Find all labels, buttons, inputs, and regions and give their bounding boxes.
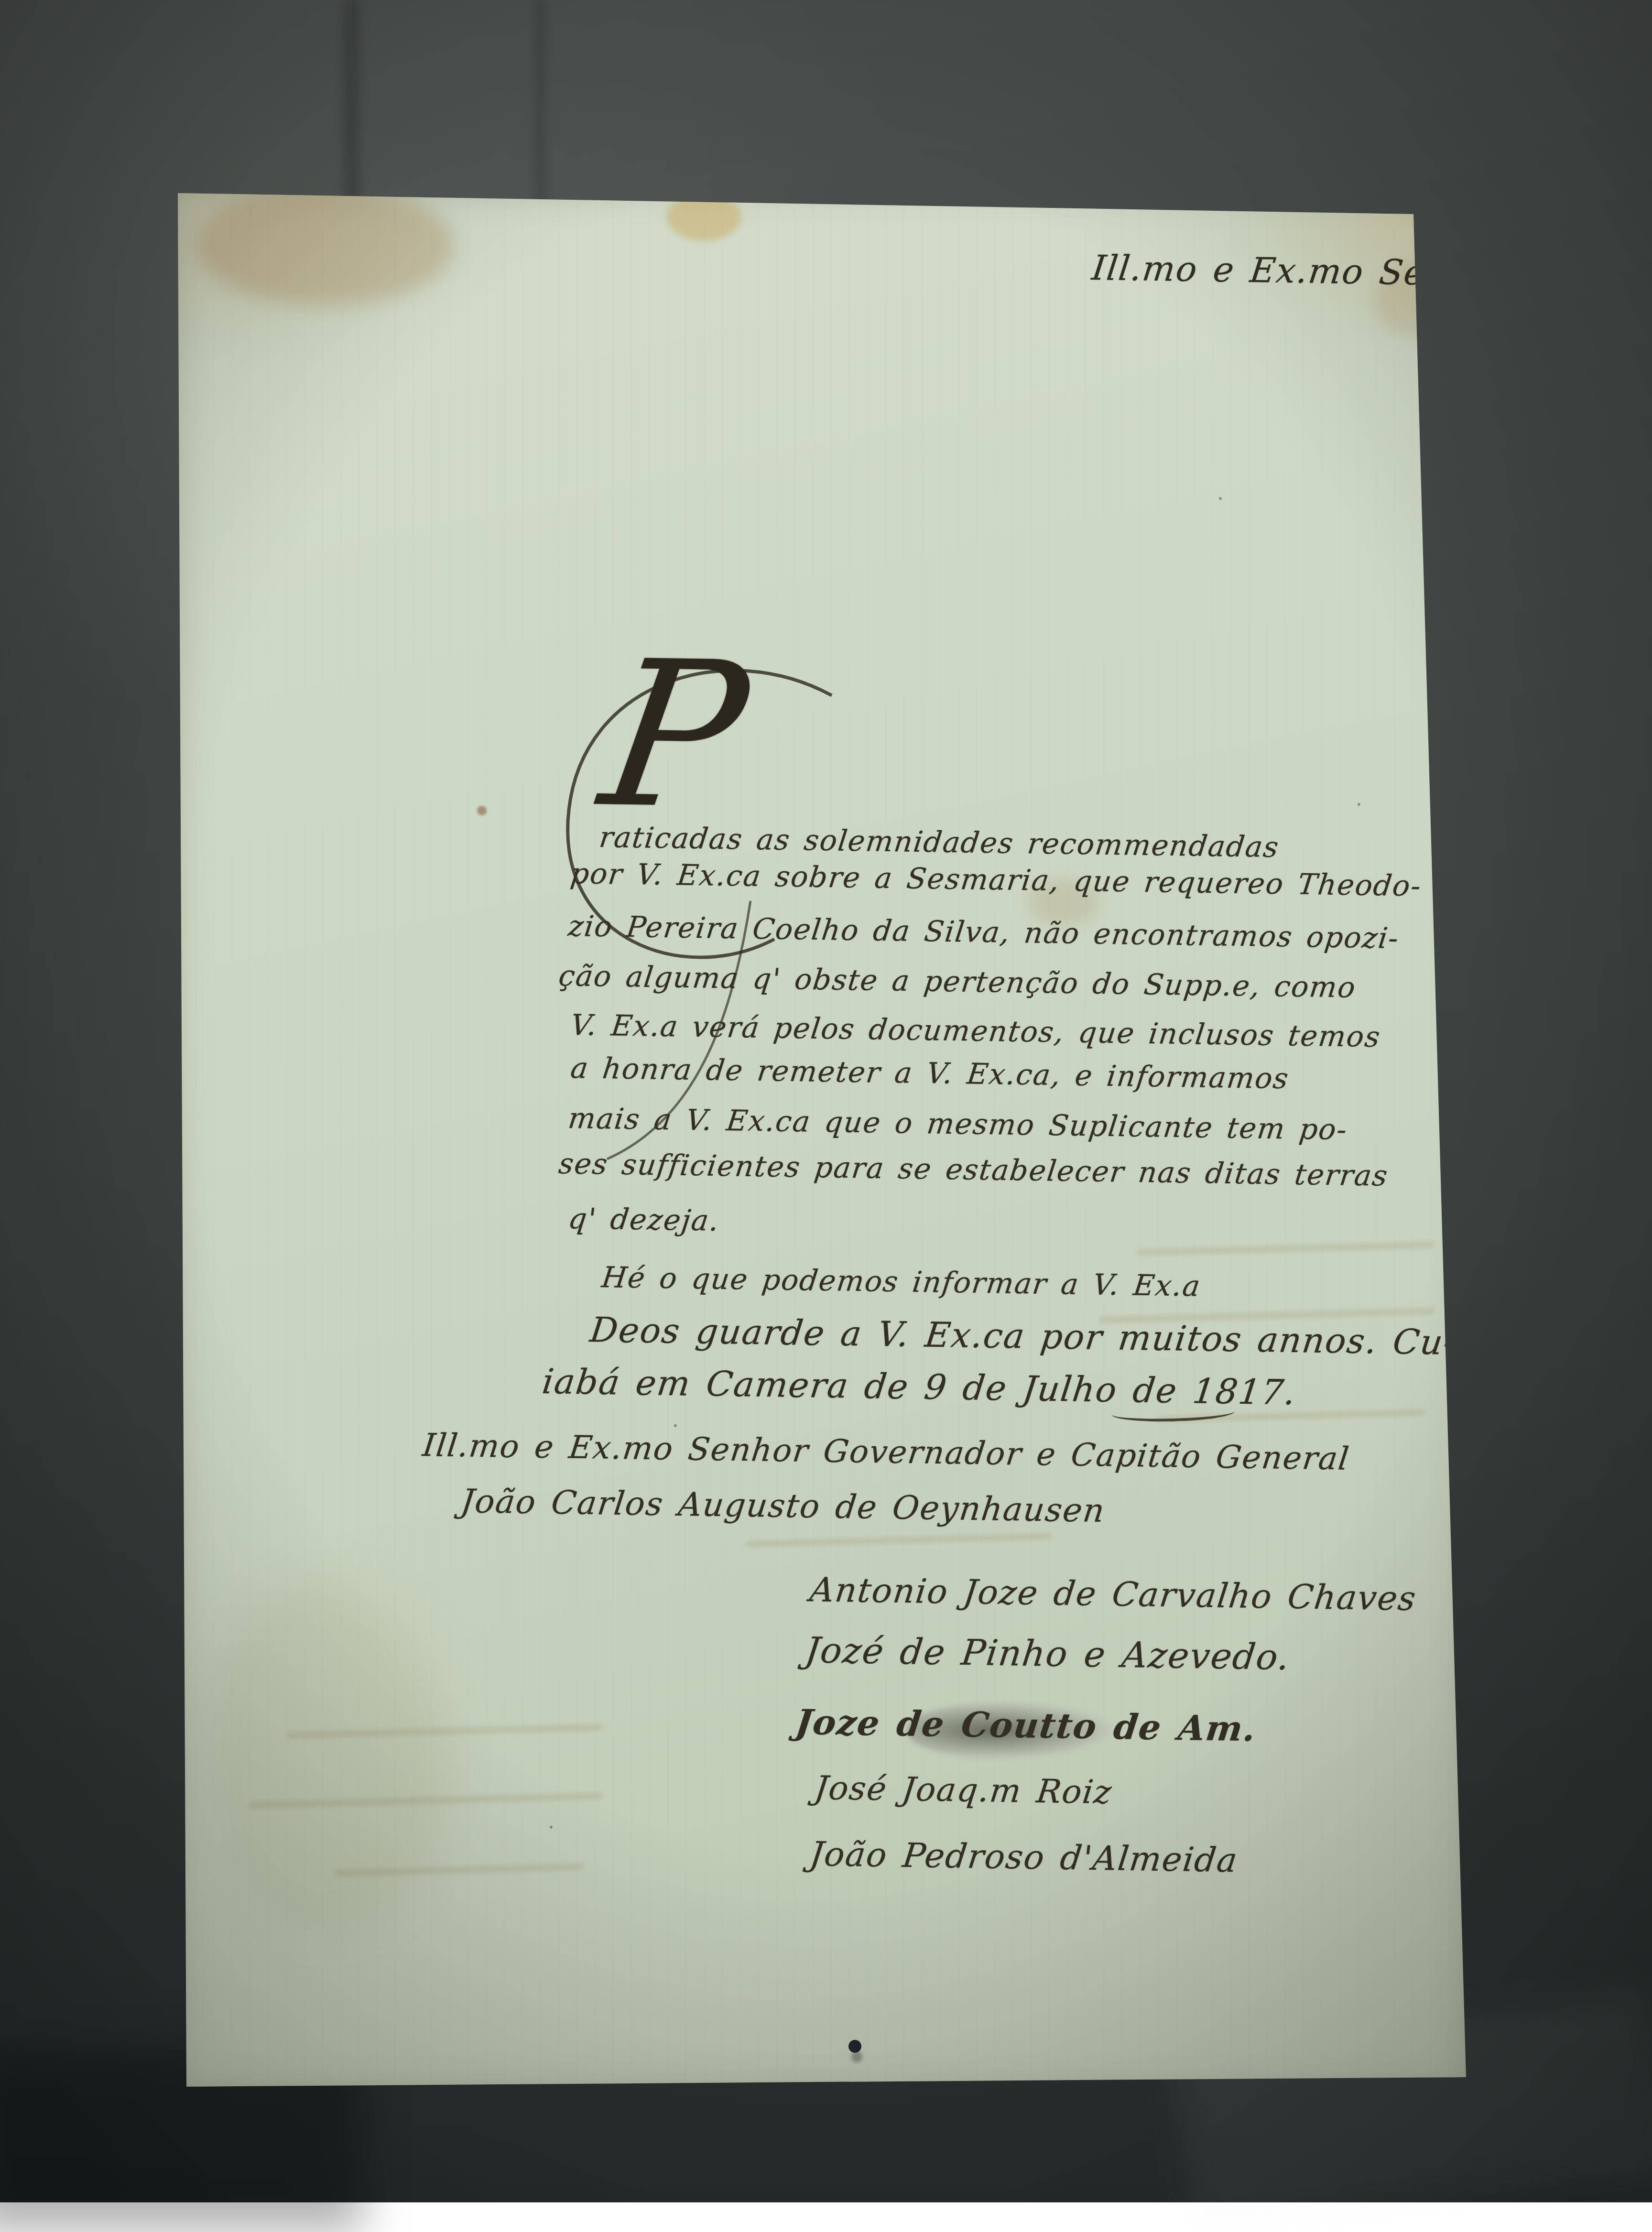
- aging-patch-bottom-left: [203, 1577, 452, 1931]
- ink-blot-dot: [848, 2040, 861, 2053]
- signature: Antonio Joze de Carvalho Chaves: [808, 1570, 1419, 1618]
- show-through-mark: [745, 1533, 1053, 1548]
- signature: Jozé de Pinho e Azevedo.: [803, 1630, 1293, 1678]
- address-line: João Carlos Augusto de Oeynhausen: [459, 1483, 1107, 1530]
- letter-page: Ill.mo e Ex.mo Senhor P raticadas as sol…: [177, 191, 1467, 2090]
- paper-speck: [1219, 497, 1222, 500]
- show-through-mark: [334, 1863, 584, 1877]
- signature: João Pedroso d'Almeida: [808, 1834, 1240, 1880]
- body-line: Deos guarde a V. Ex.ca por muitos annos.…: [588, 1310, 1458, 1363]
- stain-top-left: [196, 186, 454, 306]
- photo-background: Ill.mo e Ex.mo Senhor P raticadas as sol…: [0, 0, 1652, 2202]
- show-through-mark: [248, 1792, 603, 1809]
- body-line: q' dezeja.: [566, 1202, 721, 1238]
- stain-small-dot: [477, 806, 487, 815]
- signature: Joze de Coutto de Am.: [793, 1701, 1259, 1749]
- body-line: Hé o que podemos informar a V. Ex.a: [600, 1261, 1203, 1303]
- cloth-fold-left: [343, 0, 359, 206]
- paper-speck: [1358, 803, 1360, 806]
- show-through-mark: [286, 1723, 603, 1739]
- cloth-fold-right: [534, 0, 546, 206]
- paper-speck: [674, 1424, 677, 1427]
- paper-speck: [550, 1826, 553, 1829]
- address-line: Ill.mo e Ex.mo Senhor Governador e Capit…: [421, 1427, 1352, 1477]
- paper-speck: [894, 2098, 897, 2101]
- show-through-mark: [1137, 1241, 1435, 1256]
- signature: José Joaq.m Roiz: [813, 1769, 1114, 1811]
- salutation: Ill.mo e Ex.mo Senhor: [1090, 248, 1513, 294]
- stain-top-center: [667, 193, 741, 241]
